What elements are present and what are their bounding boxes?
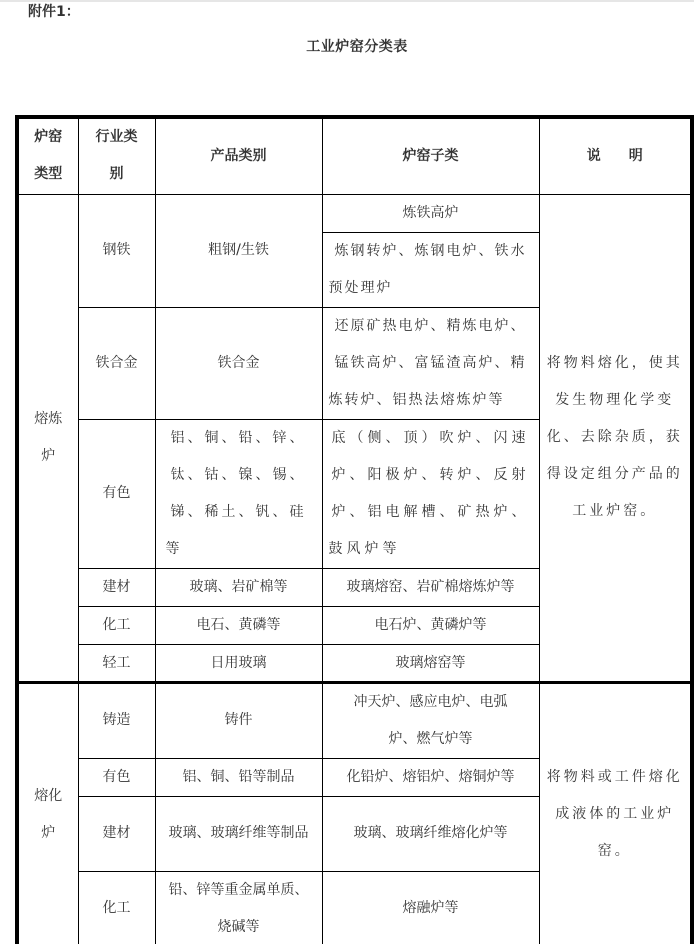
header-industry-line1: 行业类 <box>85 119 149 156</box>
product-cell: 日用玻璃 <box>155 644 322 682</box>
kiln-type-line2: 炉 <box>25 815 72 852</box>
table-row: 熔炼 炉 钢铁 粗钢/生铁 炼铁高炉 将物料熔化，使其发生物理化学变化、去除杂质… <box>17 194 692 232</box>
document-title: 工业炉窑分类表 <box>0 36 694 56</box>
description-cell-melting: 将物料或工件熔化成液体的工业炉窑。 <box>539 682 692 944</box>
industry-cell: 化工 <box>78 871 155 944</box>
top-border-line <box>0 0 694 2</box>
subtype-cell: 电石炉、黄磷炉等 <box>322 606 539 644</box>
attachment-label: 附件1： <box>28 1 80 21</box>
industry-cell: 有色 <box>78 758 155 796</box>
header-product: 产品类别 <box>155 117 322 194</box>
header-description: 说 明 <box>539 117 692 194</box>
industry-cell: 轻工 <box>78 644 155 682</box>
kiln-type-line2: 炉 <box>25 438 72 475</box>
table-row: 熔化 炉 铸造 铸件 冲天炉、感应电炉、电弧炉、燃气炉等 将物料或工件熔化成液体… <box>17 682 692 758</box>
kiln-type-cell-smelting: 熔炼 炉 <box>17 194 78 682</box>
kiln-type-line1: 熔化 <box>25 778 72 815</box>
product-cell: 铅、锌等重金属单质、烧碱等 <box>155 871 322 944</box>
industry-cell: 铁合金 <box>78 307 155 419</box>
header-industry-line2: 别 <box>85 156 149 193</box>
product-cell: 铝、铜、铅等制品 <box>155 758 322 796</box>
header-kiln-type-line2: 类型 <box>25 156 72 193</box>
industry-cell: 化工 <box>78 606 155 644</box>
subtype-cell: 炼铁高炉 <box>322 194 539 232</box>
header-kiln-type: 炉窑 类型 <box>17 117 78 194</box>
subtype-cell: 玻璃、玻璃纤维熔化炉等 <box>322 796 539 871</box>
product-cell: 电石、黄磷等 <box>155 606 322 644</box>
industry-cell: 铸造 <box>78 682 155 758</box>
table-header-row: 炉窑 类型 行业类 别 产品类别 炉窑子类 说 明 <box>17 117 692 194</box>
header-subtype: 炉窑子类 <box>322 117 539 194</box>
subtype-cell: 玻璃熔窑、岩矿棉熔炼炉等 <box>322 568 539 606</box>
industry-cell: 建材 <box>78 568 155 606</box>
subtype-cell: 化铅炉、熔铝炉、熔铜炉等 <box>322 758 539 796</box>
subtype-cell: 玻璃熔窑等 <box>322 644 539 682</box>
industry-cell: 建材 <box>78 796 155 871</box>
kiln-classification-table: 炉窑 类型 行业类 别 产品类别 炉窑子类 说 明 熔炼 炉 钢铁 粗钢/生铁 … <box>15 115 694 944</box>
product-cell: 铝、铜、铅、锌、钛、钴、镍、锡、锑、稀土、钒、硅等 <box>155 419 322 568</box>
subtype-cell: 底（侧、顶）吹炉、闪速炉、阳极炉、转炉、反射炉、铝电解槽、矿热炉、鼓风炉等 <box>322 419 539 568</box>
product-cell: 铁合金 <box>155 307 322 419</box>
header-kiln-type-line1: 炉窑 <box>25 119 72 156</box>
subtype-cell: 熔融炉等 <box>322 871 539 944</box>
header-industry: 行业类 别 <box>78 117 155 194</box>
product-cell: 铸件 <box>155 682 322 758</box>
subtype-cell: 还原矿热电炉、精炼电炉、锰铁高炉、富锰渣高炉、精炼转炉、铝热法熔炼炉等 <box>322 307 539 419</box>
industry-cell: 钢铁 <box>78 194 155 307</box>
industry-cell: 有色 <box>78 419 155 568</box>
subtype-cell: 炼钢转炉、炼钢电炉、铁水预处理炉 <box>322 232 539 307</box>
product-cell: 粗钢/生铁 <box>155 194 322 307</box>
kiln-type-line1: 熔炼 <box>25 401 72 438</box>
product-cell: 玻璃、玻璃纤维等制品 <box>155 796 322 871</box>
product-cell: 玻璃、岩矿棉等 <box>155 568 322 606</box>
description-cell-smelting: 将物料熔化，使其发生物理化学变化、去除杂质，获得设定组分产品的工业炉窑。 <box>539 194 692 682</box>
subtype-cell: 冲天炉、感应电炉、电弧炉、燃气炉等 <box>322 682 539 758</box>
kiln-type-cell-melting: 熔化 炉 <box>17 682 78 944</box>
